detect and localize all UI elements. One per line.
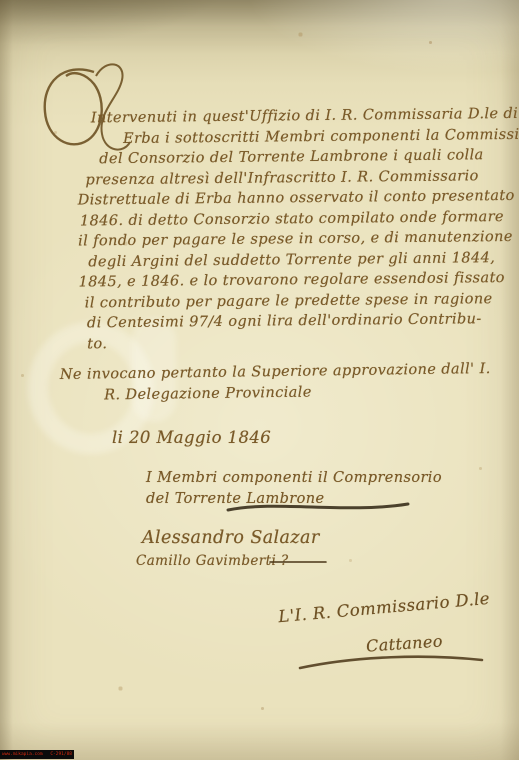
petition-closing: Ne invocano pertanto la Superiore approv… [60, 359, 491, 406]
signature-gavimberti: Camillo Gavimberti ? [136, 553, 289, 569]
signature-flourish [296, 652, 486, 674]
committee-block: I Membri componenti il Comprensorio del … [132, 468, 442, 509]
signature-salazar: Alessandro Salazar [142, 528, 320, 548]
watermark-url: www.mikapia.com [2, 752, 43, 757]
paper-foxing-spots [0, 0, 1, 1]
watermark-code: C-291/88 [50, 752, 72, 757]
official-title: L'I. R. Commissario D.le [278, 589, 491, 626]
seller-watermark-bar: www.mikapia.com C-291/88 [0, 750, 74, 759]
manuscript-line: del Torrente Lambrone [146, 489, 442, 510]
manuscript-line: I Membri componenti il Comprensorio [146, 468, 442, 489]
date-line: li 20 Maggio 1846 [112, 428, 271, 447]
manuscript-page: Intervenuti in quest'Uffizio di I. R. Co… [0, 0, 519, 760]
manuscript-body: Intervenuti in quest'Uffizio di I. R. Co… [77, 104, 519, 355]
signature-cattaneo: Cattaneo [365, 631, 443, 655]
